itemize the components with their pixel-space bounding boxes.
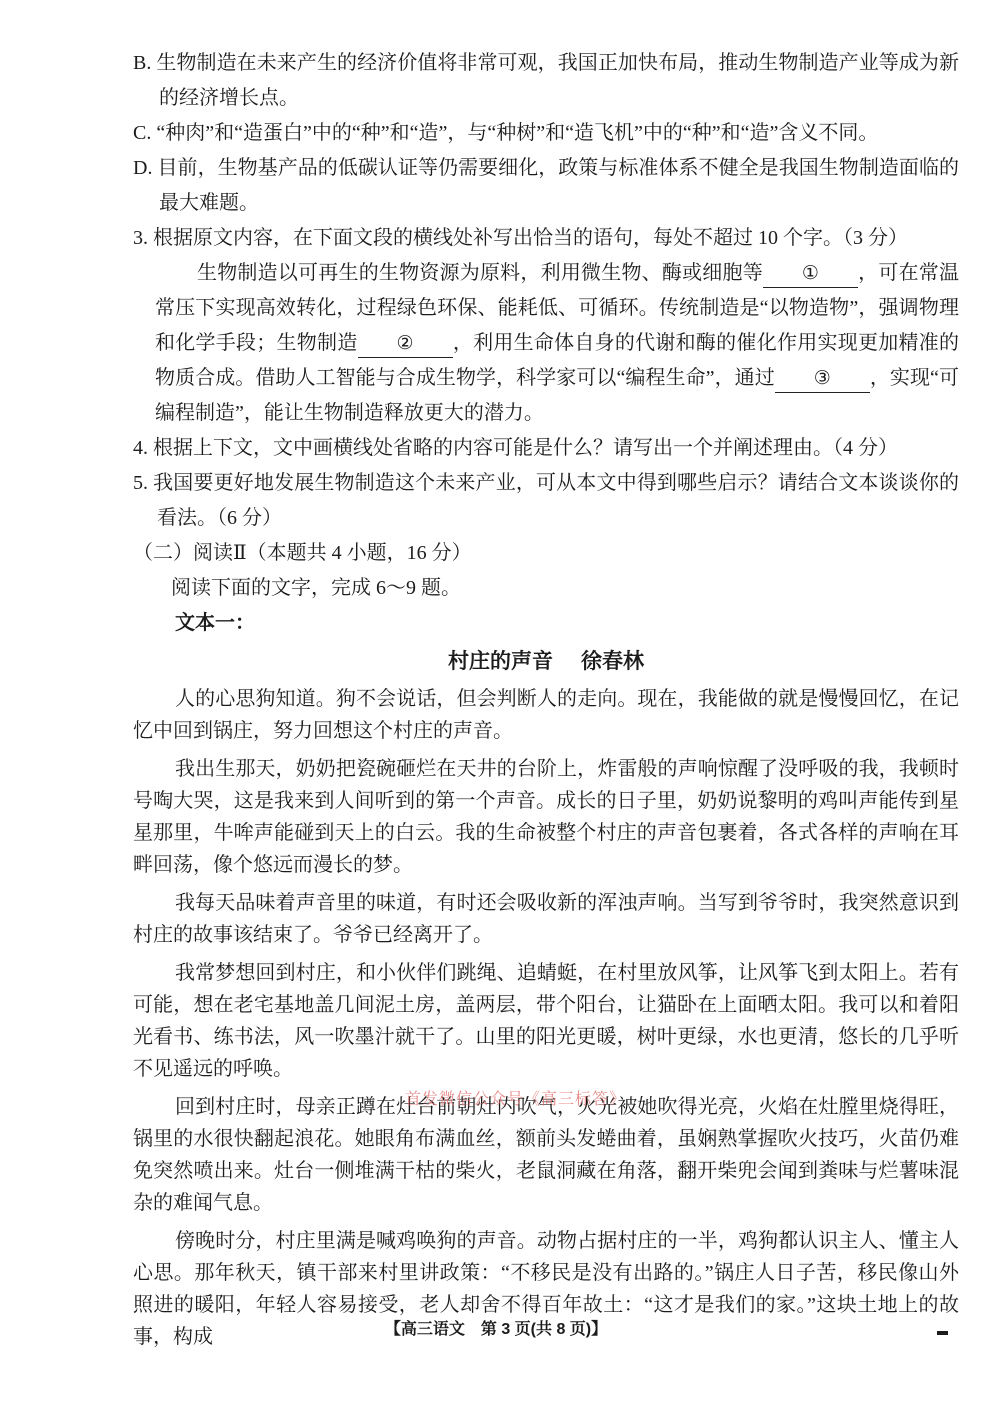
story-author: 徐春林: [581, 650, 644, 673]
story-paragraph: 我出生那天，奶奶把瓷碗砸烂在天井的台阶上，炸雷般的声响惊醒了没呼吸的我，我顿时号…: [133, 753, 959, 881]
option-d: D.目前，生物基产品的低碳认证等仍需要细化，政策与标准体系不健全是我国生物制造面…: [133, 151, 959, 221]
option-b-text: 生物制造在未来产生的经济价值将非常可观，我国正加快布局，推动生物制造产业等成为新…: [156, 52, 959, 109]
story-title: 村庄的声音: [448, 650, 553, 673]
story-paragraph: 我每天品味着声音里的味道，有时还会吸收新的浑浊声响。当写到爷爷时，我突然意识到村…: [133, 887, 959, 951]
blank-1: ①: [763, 260, 858, 288]
question-5-number: 5.: [133, 472, 148, 494]
fill-in-passage: 生物制造以可再生的生物资源为原料，利用微生物、酶或细胞等①，可在常温常压下实现高…: [155, 256, 959, 431]
fill-segment-1: 生物制造以可再生的生物资源为原料，利用微生物、酶或细胞等: [197, 262, 763, 284]
section-2-instruction: 阅读下面的文字，完成 6～9 题。: [171, 571, 959, 606]
question-5: 5.我国要更好地发展生物制造这个未来产业，可从本文中得到哪些启示？请结合文本谈谈…: [133, 466, 959, 536]
story-body: 人的心思狗知道。狗不会说话，但会判断人的走向。现在，我能做的就是慢慢回忆，在记忆…: [133, 683, 959, 1353]
question-3: 3.根据原文内容，在下面文段的横线处补写出恰当的语句，每处不超过 10 个字。（…: [133, 221, 959, 256]
question-4: 4.根据上下文，文中画横线处省略的内容可能是什么？请写出一个并阐述理由。（4 分…: [133, 431, 959, 466]
option-b-label: B.: [133, 52, 151, 74]
option-d-label: D.: [133, 157, 152, 179]
story-paragraph: 我常梦想回到村庄，和小伙伴们跳绳、追蜻蜓，在村里放风筝，让风筝飞到太阳上。若有可…: [133, 957, 959, 1085]
question-3-number: 3.: [133, 227, 148, 249]
question-3-text: 根据原文内容，在下面文段的横线处补写出恰当的语句，每处不超过 10 个字。（3 …: [153, 227, 908, 249]
option-c: C.“种肉”和“造蛋白”中的“种”和“造”，与“种树”和“造飞机”中的“种”和“…: [133, 116, 959, 151]
option-c-label: C.: [133, 122, 151, 144]
question-4-number: 4.: [133, 437, 148, 459]
option-c-text: “种肉”和“造蛋白”中的“种”和“造”，与“种树”和“造飞机”中的“种”和“造”…: [156, 122, 878, 144]
story-paragraph: 回到村庄时，母亲正蹲在灶台前朝灶内吹气，火光被她吹得光亮，火焰在灶膛里烧得旺，锅…: [133, 1091, 959, 1219]
exam-content: B.生物制造在未来产生的经济价值将非常可观，我国正加快布局，推动生物制造产业等成…: [133, 46, 959, 1359]
blank-3: ③: [775, 365, 870, 393]
blank-2: ②: [358, 330, 453, 358]
option-d-text: 目前，生物基产品的低碳认证等仍需要细化，政策与标准体系不健全是我国生物制造面临的…: [157, 157, 959, 214]
print-dash-mark: [937, 1331, 948, 1335]
option-b: B.生物制造在未来产生的经济价值将非常可观，我国正加快布局，推动生物制造产业等成…: [133, 46, 959, 116]
question-4-text: 根据上下文，文中画横线处省略的内容可能是什么？请写出一个并阐述理由。（4 分）: [153, 437, 898, 459]
section-2-heading: （二）阅读Ⅱ（本题共 4 小题，16 分）: [133, 536, 959, 571]
question-5-text: 我国要更好地发展生物制造这个未来产业，可从本文中得到哪些启示？请结合文本谈谈你的…: [153, 472, 959, 529]
story-paragraph: 人的心思狗知道。狗不会说话，但会判断人的走向。现在，我能做的就是慢慢回忆，在记忆…: [133, 683, 959, 747]
upper-section: B.生物制造在未来产生的经济价值将非常可观，我国正加快布局，推动生物制造产业等成…: [133, 46, 959, 680]
text-one-label: 文本一：: [175, 606, 959, 641]
wechat-watermark: 首发微信公众号《高三标答》: [405, 1086, 626, 1109]
exam-page-scan: B.生物制造在未来产生的经济价值将非常可观，我国正加快布局，推动生物制造产业等成…: [0, 0, 992, 1403]
story-title-line: 村庄的声音徐春林: [133, 643, 959, 680]
page-footer: 【高三语文 第 3 页(共 8 页)】: [0, 1316, 992, 1339]
